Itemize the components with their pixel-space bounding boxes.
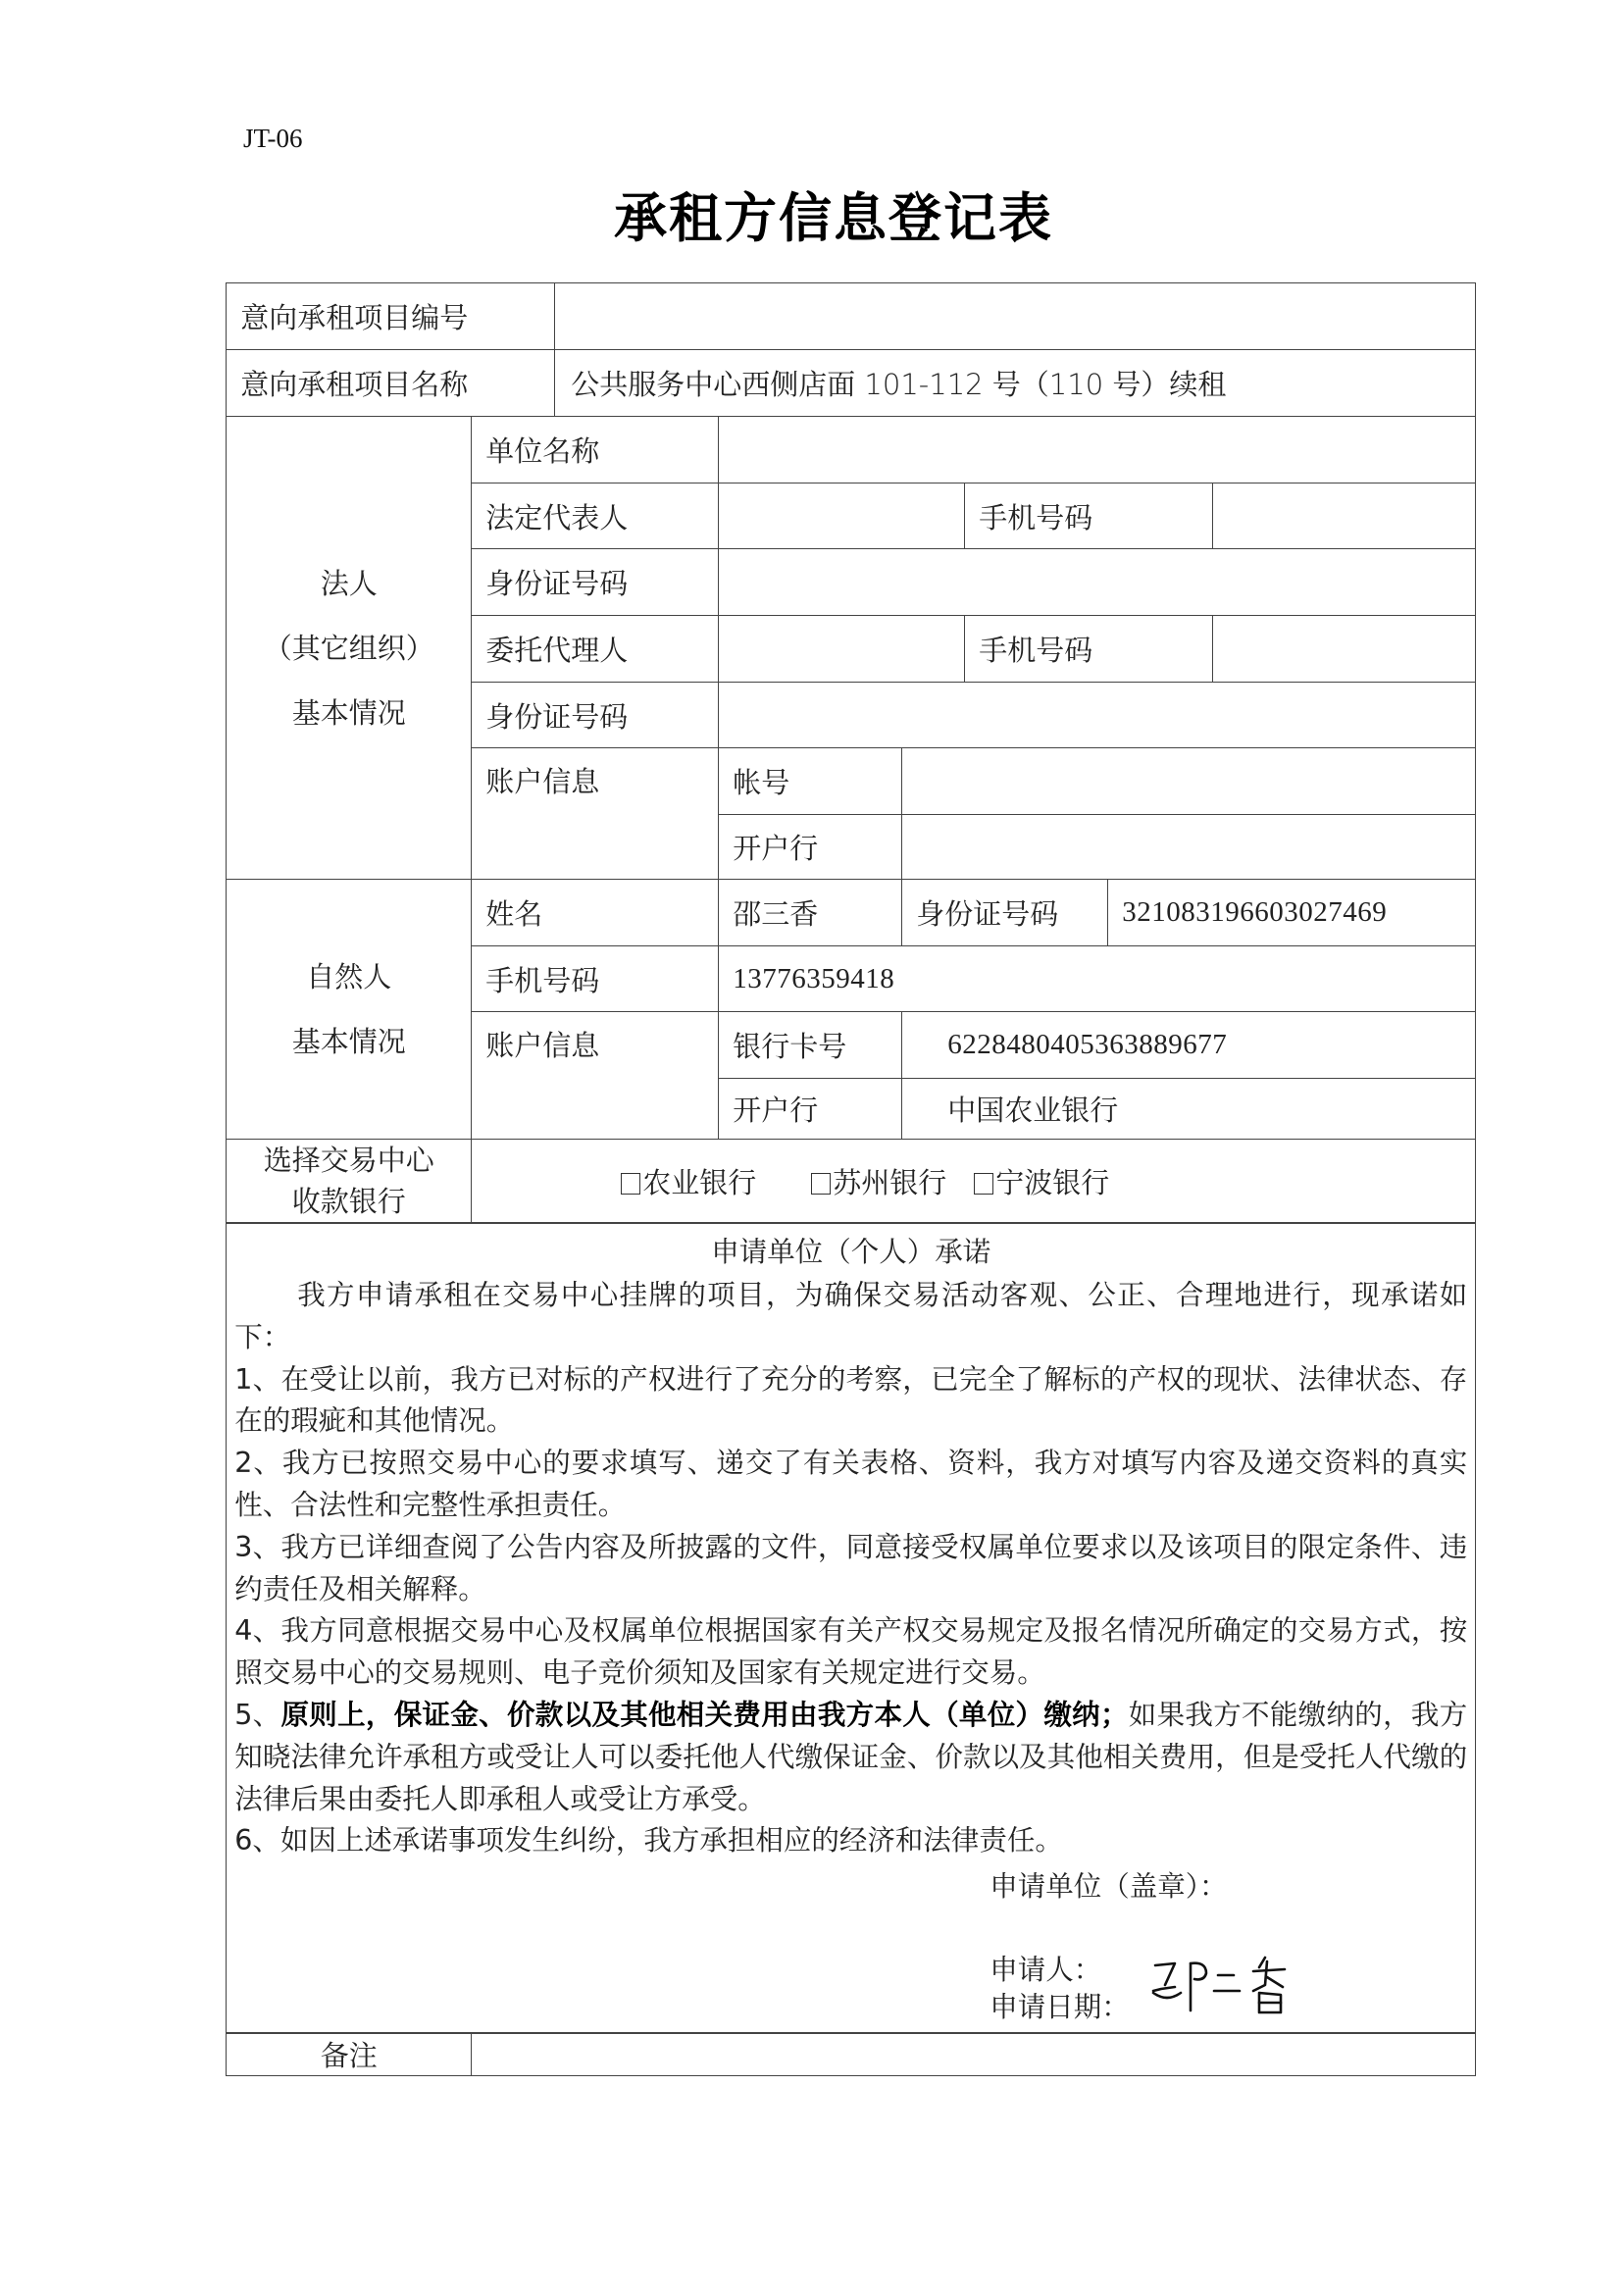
agent-phone-label: 手机号码: [964, 615, 1213, 683]
legal-person-section-label: 法人 （其它组织） 基本情况: [226, 416, 472, 880]
bank-choice-options: 农业银行 苏州银行 宁波银行: [471, 1139, 1476, 1223]
person-card-field[interactable]: 6228480405363889677: [901, 1011, 1476, 1079]
person-phone-label: 手机号码: [471, 945, 719, 1012]
person-bank-label: 开户行: [718, 1078, 902, 1140]
legal-rep-phone-label: 手机号码: [964, 483, 1213, 549]
legal-account-no-label: 帐号: [718, 747, 902, 815]
project-name-field[interactable]: 公共服务中心西侧店面 101-112 号（110 号）续租: [554, 349, 1476, 417]
promise-item-4: 4、我方同意根据交易中心及权属单位根据国家有关产权交易规定及报名情况所确定的交易…: [234, 1610, 1467, 1695]
legal-rep-label: 法定代表人: [471, 483, 719, 549]
bank-option-label: 苏州银行: [833, 1166, 946, 1199]
promise-item-2: 2、我方已按照交易中心的要求填写、递交了有关表格、资料，我方对填写内容及递交资料…: [234, 1443, 1467, 1527]
checkbox-icon[interactable]: [974, 1173, 993, 1195]
legal-rep-phone-field[interactable]: [1212, 483, 1476, 549]
legal-bank-label: 开户行: [718, 814, 902, 880]
natural-person-section-label: 自然人 基本情况: [226, 879, 472, 1140]
promise-item-1: 1、在受让以前，我方已对标的产权进行了充分的考察，已完全了解标的产权的现状、法律…: [234, 1359, 1467, 1444]
legal-rep-id-field[interactable]: [718, 548, 1476, 616]
legal-person-label-line3: 基本情况: [292, 681, 406, 745]
person-id-label: 身份证号码: [901, 879, 1108, 946]
remarks-label: 备注: [226, 2032, 472, 2076]
bank-option-label: 农业银行: [642, 1166, 756, 1199]
promise-item-6: 6、如因上述承诺事项发生纠纷，我方承担相应的经济和法律责任。: [234, 1820, 1467, 1862]
applicant-label: 申请人：: [990, 1948, 1101, 1988]
item5-bold: 原则上，保证金、价款以及其他相关费用由我方本人（单位）缴纳；: [280, 1699, 1128, 1731]
legal-rep-field[interactable]: [718, 483, 965, 549]
bank-option-abc[interactable]: 农业银行: [621, 1161, 756, 1201]
bank-option-suzhou[interactable]: 苏州银行: [811, 1161, 946, 1201]
promise-title: 申请单位（个人）承诺: [227, 1230, 1475, 1270]
registration-table: 意向承租项目编号 意向承租项目名称 公共服务中心西侧店面 101-112 号（1…: [0, 0, 1624, 2290]
agent-label: 委托代理人: [471, 615, 719, 683]
bank-option-label: 宁波银行: [995, 1166, 1109, 1199]
agent-field[interactable]: [718, 615, 965, 683]
unit-name-field[interactable]: [718, 416, 1476, 483]
legal-account-label: 账户信息: [471, 747, 719, 880]
person-name-label: 姓名: [471, 879, 719, 946]
remarks-field[interactable]: [471, 2032, 1476, 2076]
bank-choice-label-line2: 收款银行: [292, 1181, 406, 1222]
person-phone-field[interactable]: 13776359418: [718, 945, 1476, 1012]
handwritten-signature: [1149, 1952, 1296, 2020]
person-name-field[interactable]: 邵三香: [718, 879, 902, 946]
promise-item-3: 3、我方已详细查阅了公告内容及所披露的文件，同意接受权属单位要求以及该项目的限定…: [234, 1527, 1467, 1611]
item5-prefix: 5、: [234, 1699, 280, 1731]
project-name-label: 意向承租项目名称: [226, 349, 555, 417]
legal-person-label-line1: 法人: [321, 551, 378, 616]
agent-id-label: 身份证号码: [471, 682, 719, 748]
bank-option-ningbo[interactable]: 宁波银行: [974, 1161, 1109, 1201]
natural-person-label-line1: 自然人: [306, 944, 391, 1009]
promise-intro: 我方申请承租在交易中心挂牌的项目，为确保交易活动客观、公正、合理地进行，现承诺如…: [234, 1275, 1467, 1359]
project-number-label: 意向承租项目编号: [226, 282, 555, 350]
legal-person-label-line2: （其它组织）: [264, 616, 434, 681]
promise-body: 我方申请承租在交易中心挂牌的项目，为确保交易活动客观、公正、合理地进行，现承诺如…: [234, 1275, 1467, 1862]
bank-choice-label: 选择交易中心 收款银行: [226, 1139, 472, 1223]
date-label: 申请日期：: [990, 1985, 1130, 2025]
checkbox-icon[interactable]: [621, 1173, 640, 1195]
seal-label: 申请单位（盖章）：: [990, 1864, 1227, 1905]
checkbox-icon[interactable]: [811, 1173, 831, 1195]
unit-name-label: 单位名称: [471, 416, 719, 483]
agent-id-field[interactable]: [718, 682, 1476, 748]
person-bank-field[interactable]: 中国农业银行: [901, 1078, 1476, 1140]
project-number-field[interactable]: [554, 282, 1476, 350]
legal-rep-id-label: 身份证号码: [471, 548, 719, 616]
legal-bank-field[interactable]: [901, 814, 1476, 880]
person-account-label: 账户信息: [471, 1011, 719, 1140]
bank-choice-label-line1: 选择交易中心: [264, 1140, 434, 1181]
agent-phone-field[interactable]: [1212, 615, 1476, 683]
person-card-label: 银行卡号: [718, 1011, 902, 1079]
promise-section: 申请单位（个人）承诺 我方申请承租在交易中心挂牌的项目，为确保交易活动客观、公正…: [226, 1223, 1476, 2034]
promise-item-5: 5、原则上，保证金、价款以及其他相关费用由我方本人（单位）缴纳；如果我方不能缴纳…: [234, 1695, 1467, 1820]
person-id-field[interactable]: 321083196603027469: [1107, 879, 1476, 946]
natural-person-label-line2: 基本情况: [292, 1009, 406, 1074]
legal-account-no-field[interactable]: [901, 747, 1476, 815]
